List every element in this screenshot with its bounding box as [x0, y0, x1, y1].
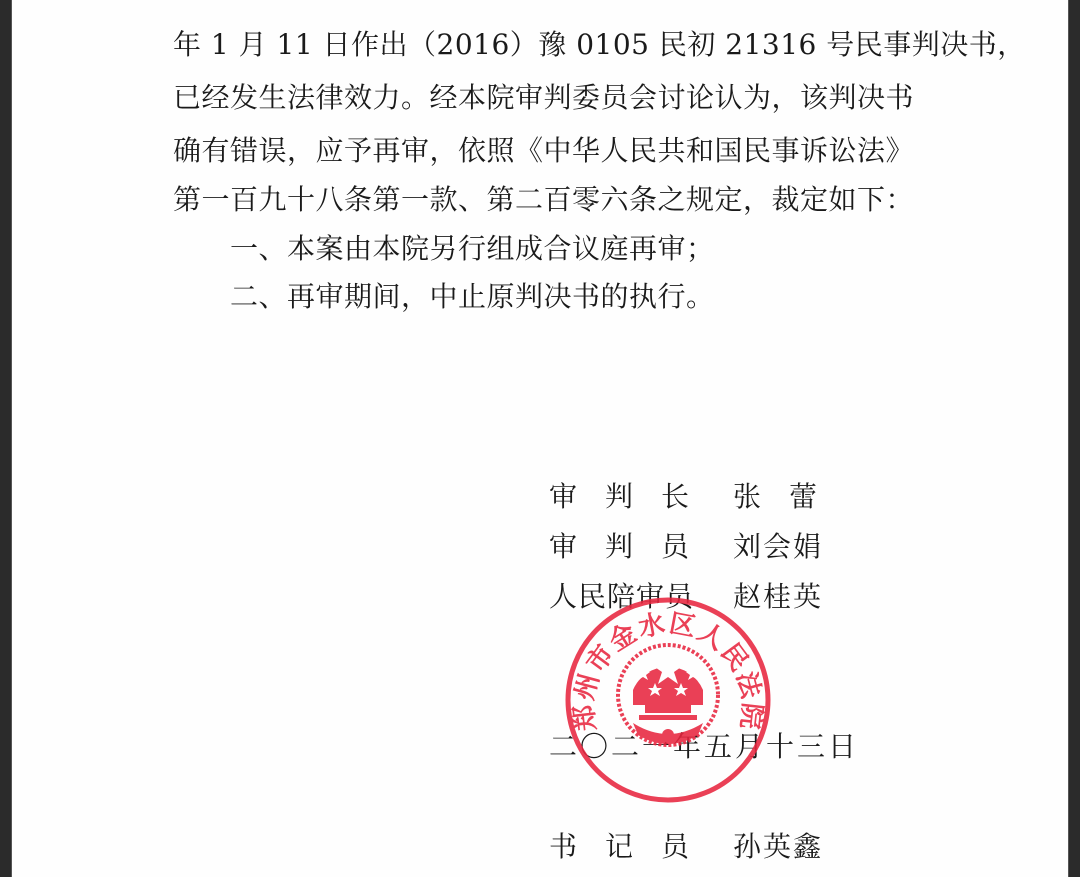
paragraph-line-2: 已经发生法律效力。经本院审判委员会讨论认为，该判决书 — [173, 81, 914, 115]
paragraph-line-4: 第一百九十八条第一款、第二百零六条之规定，裁定如下： — [173, 183, 914, 217]
paragraph-line-1: 年 1 月 11 日作出（2016）豫 0105 民初 21316 号民事判决书… — [173, 28, 1026, 62]
judge-name: 张 蕾 — [733, 480, 817, 514]
role-label: 书 记 员 — [549, 830, 689, 864]
ruling-item-1: 一、本案由本院另行组成合议庭再审； — [173, 232, 715, 266]
role-label: 人民陪审员 — [549, 580, 689, 614]
svg-text:郑州市金水区人民法院: 郑州市金水区人民法院 — [568, 609, 767, 733]
assessor-name: 赵桂英 — [733, 580, 823, 614]
seal-text: 郑州市金水区人民法院 — [568, 609, 767, 733]
clerk-name: 孙英鑫 — [733, 830, 823, 864]
document-page: 年 1 月 11 日作出（2016）豫 0105 民初 21316 号民事判决书… — [11, 0, 1069, 877]
judge-name: 刘会娟 — [733, 530, 823, 564]
ruling-item-2: 二、再审期间，中止原判决书的执行。 — [173, 280, 715, 314]
paragraph-line-3: 确有错误，应予再审，依照《中华人民共和国民事诉讼法》 — [173, 134, 914, 168]
role-label: 审 判 员 — [549, 530, 689, 564]
role-label: 审 判 长 — [549, 480, 689, 514]
court-seal-icon: 郑州市金水区人民法院 — [563, 595, 773, 805]
